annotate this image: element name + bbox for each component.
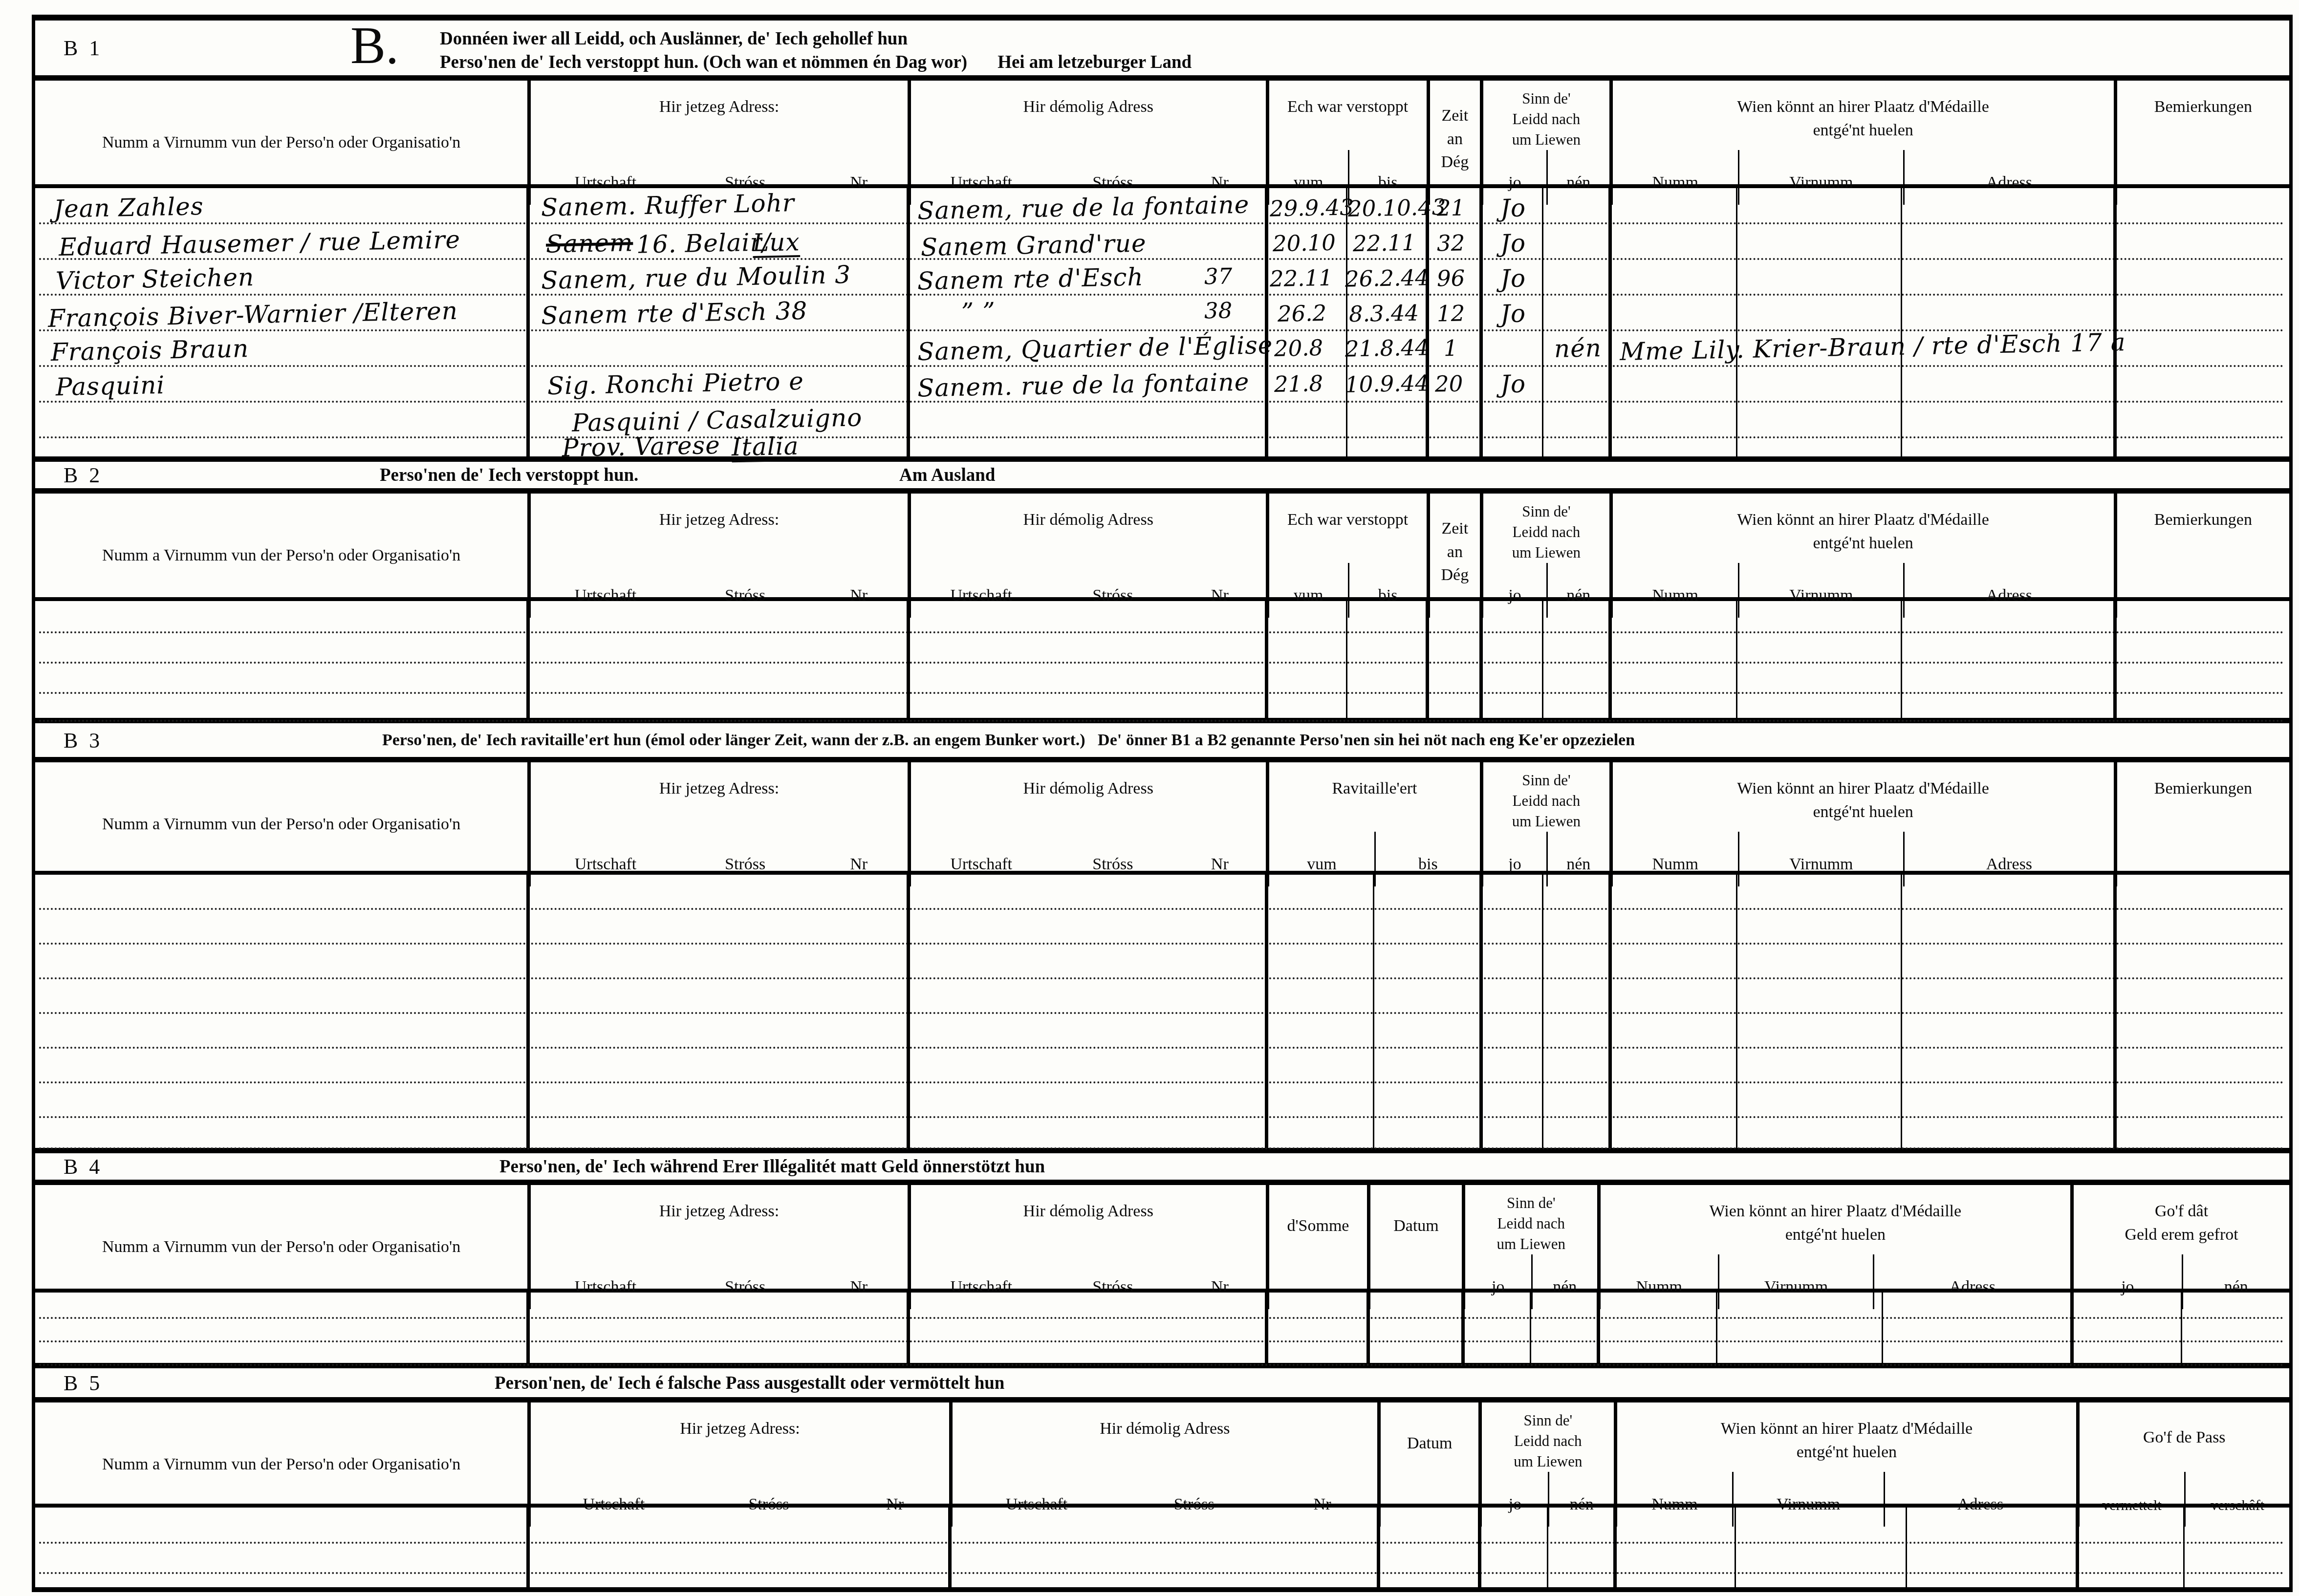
dotted-writing-line <box>39 908 2285 910</box>
demolig-label: Hir démolig Adress <box>911 494 1266 532</box>
dotted-writing-line <box>39 294 2285 296</box>
handwriting-entry: Jo <box>1500 372 1526 397</box>
column-divider <box>1265 1293 1268 1363</box>
b1-col-demolig: Hir démolig Adress UrtschaftStróssNr <box>908 81 1266 205</box>
column-divider <box>948 1508 952 1587</box>
wien-label: Wien könnt an hirer Plaatz d'Médaille en… <box>1613 494 2114 555</box>
sinn-label: Sinn de' Leidd nach um Liewen <box>1465 1185 1597 1254</box>
handwriting-entry: 20 <box>1435 372 1463 395</box>
b3-label: B 3 <box>64 728 103 753</box>
b2-col-verstoppt: Ech war verstoppt vumbis <box>1266 494 1427 618</box>
dotted-writing-line <box>39 1012 2285 1014</box>
b3-band: B 3 Perso'nen, de' Iech ravitaille'ert h… <box>35 723 2289 762</box>
handwriting-entry: 38 <box>1204 299 1233 322</box>
form-frame: B 1 B. Donnéen iwer all Leidd, och Auslä… <box>32 15 2293 1592</box>
dotted-writing-line <box>39 692 2285 694</box>
sinn-label: Sinn de' Leidd nach um Liewen <box>1483 81 1609 150</box>
handwriting-entry: Sanem, rue de la fontaine <box>917 192 1250 223</box>
handwriting-entry: Jo <box>1500 302 1526 326</box>
column-divider <box>907 875 910 1148</box>
column-divider <box>1736 188 1737 456</box>
b4-body <box>35 1293 2289 1368</box>
b4-col-demolig: Hir démolig Adress UrtschaftStróssNr <box>908 1185 1266 1309</box>
column-divider <box>1608 188 1612 456</box>
column-divider <box>1906 1508 1907 1587</box>
handwriting-entry: nén <box>1554 336 1602 361</box>
verstoppt-label: Ech war verstoppt <box>1269 494 1427 532</box>
dotted-writing-line <box>39 662 2285 664</box>
b3-col-demolig: Hir démolig Adress UrtschaftStróssNr <box>908 762 1266 886</box>
handwriting-entry: 26.2.44 <box>1345 266 1430 290</box>
column-divider <box>2113 875 2117 1148</box>
b4-col-wien: Wien könnt an hirer Plaatz d'Médaille en… <box>1597 1185 2071 1309</box>
column-divider <box>907 601 910 718</box>
b2-col-wien: Wien könnt an hirer Plaatz d'Médaille en… <box>1609 494 2114 618</box>
column-divider <box>1901 188 1902 456</box>
b1-col-jetzeg: Hir jetzeg Adress: UrtschaftStróssNr <box>527 81 908 205</box>
b2-col-name: Numm a Virnumm vun der Perso'n oder Orga… <box>35 494 527 618</box>
handwriting-entry: François Biver-Warnier /Elteren <box>48 299 458 331</box>
handwriting-entry: 22.11 <box>1270 267 1333 290</box>
handwriting-entry: 16. Belair/ <box>636 230 771 257</box>
column-divider <box>1265 188 1268 456</box>
b2-label: B 2 <box>64 463 103 488</box>
handwriting-entry: Jean Zahles <box>54 194 204 221</box>
column-divider <box>526 1508 530 1587</box>
column-divider <box>1530 1293 1531 1363</box>
handwriting-entry: François Braun <box>51 336 249 365</box>
name-header-label: Numm a Virnumm vun der Perso'n oder Orga… <box>102 546 460 565</box>
column-divider <box>1736 875 1737 1148</box>
demolig-label: Hir démolig Adress <box>911 81 1266 119</box>
column-divider <box>1735 1508 1736 1587</box>
b4-band: B 4 Perso'nen, de' Iech während Erer Ill… <box>35 1153 2289 1185</box>
b1-col-bemierkungen: Bemierkungen <box>2114 81 2289 205</box>
handwriting-entry: ” ” <box>961 299 996 324</box>
dotted-writing-line <box>39 977 2285 979</box>
jetzeg-label: Hir jetzeg Adress: <box>531 494 908 532</box>
dotted-writing-line <box>39 1147 2285 1149</box>
column-divider <box>1377 1508 1380 1587</box>
b2-col-zeit: Zeit an Dég <box>1427 494 1480 618</box>
dotted-writing-line <box>39 222 2285 224</box>
dotted-writing-line <box>39 720 2285 722</box>
demolig-label: Hir démolig Adress <box>911 1185 1266 1223</box>
dotted-writing-line <box>39 401 2285 403</box>
b4-col-sinn: Sinn de' Leidd nach um Liewen jonén <box>1462 1185 1597 1309</box>
column-divider <box>1547 1508 1548 1587</box>
demolig-label: Hir démolig Adress <box>911 762 1266 800</box>
name-header-label: Numm a Virnumm vun der Perso'n oder Orga… <box>102 133 460 152</box>
dotted-writing-line <box>39 365 2285 367</box>
handwriting-entry: Sanem rte d'Esch 38 <box>541 299 808 328</box>
b3-note: De' önner B1 a B2 genannte Perso'nen sin… <box>1098 731 1635 749</box>
column-divider <box>526 601 530 718</box>
wien-label: Wien könnt an hirer Plaatz d'Médaille en… <box>1613 762 2114 823</box>
b4-col-somme: d'Somme <box>1266 1185 1367 1309</box>
handwriting-entry: 21.8.44 <box>1345 336 1430 360</box>
column-divider <box>1373 875 1374 1148</box>
column-divider <box>2076 1508 2079 1587</box>
b3-header: Numm a Virnumm vun der Perso'n oder Orga… <box>35 762 2289 875</box>
b3-col-name: Numm a Virnumm vun der Perso'n oder Orga… <box>35 762 527 886</box>
handwriting-entry: Jo <box>1500 231 1526 256</box>
name-header-label: Numm a Virnumm vun der Perso'n oder Orga… <box>102 1238 460 1256</box>
bemierkungen-label: Bemierkungen <box>2117 81 2289 119</box>
dotted-writing-line <box>39 436 2285 438</box>
b1-band: B 1 B. Donnéen iwer all Leidd, och Auslä… <box>35 21 2289 81</box>
column-divider <box>1366 1293 1370 1363</box>
dotted-writing-line <box>39 1116 2285 1118</box>
gof-pass-label: Go'f de Pass <box>2080 1402 2289 1449</box>
column-divider <box>1542 188 1543 456</box>
column-divider <box>1608 875 1612 1148</box>
b1-title-line2: Perso'nen de' Iech verstoppt hun. (Och w… <box>440 52 967 72</box>
jetzeg-label: Hir jetzeg Adress: <box>531 1402 949 1441</box>
column-divider <box>2070 1293 2074 1363</box>
column-divider <box>1426 601 1429 718</box>
d-somme-label: d'Somme <box>1269 1185 1367 1238</box>
handwriting-entry: 37 <box>1204 265 1233 287</box>
dotted-writing-line <box>39 1081 2285 1083</box>
b4-header: Numm a Virnumm vun der Perso'n oder Orga… <box>35 1185 2289 1293</box>
b3-col-jetzeg: Hir jetzeg Adress: UrtschaftStróssNr <box>527 762 908 886</box>
b1-col-wien: Wien könnt an hirer Plaatz d'Médaille en… <box>1609 81 2114 205</box>
column-divider <box>1608 601 1612 718</box>
handwriting-entry: 32 <box>1437 232 1465 254</box>
column-divider <box>2181 1293 2182 1363</box>
b2-header: Numm a Virnumm vun der Perso'n oder Orga… <box>35 494 2289 601</box>
dotted-writing-line <box>39 1364 2285 1366</box>
b1-header: Numm a Virnumm vun der Perso'n oder Orga… <box>35 81 2289 188</box>
column-divider <box>1265 601 1268 718</box>
column-divider <box>1461 1293 1465 1363</box>
handwriting-entry: 21 <box>1437 196 1465 219</box>
column-divider <box>1479 188 1483 456</box>
column-divider <box>1901 875 1902 1148</box>
handwriting-entry: Sanem. rue de la fontaine <box>917 369 1250 400</box>
column-divider <box>1479 875 1483 1148</box>
handwriting-entry: 20.8 <box>1274 337 1323 360</box>
b5-header: Numm a Virnumm vun der Perso'n oder Orga… <box>35 1402 2289 1508</box>
sinn-label: Sinn de' Leidd nach um Liewen <box>1483 494 1609 563</box>
dotted-writing-line <box>39 1317 2285 1319</box>
handwriting-entry: Jo <box>1500 266 1526 291</box>
jetzeg-label: Hir jetzeg Adress: <box>531 81 908 119</box>
column-divider <box>1901 601 1902 718</box>
verstoppt-label: Ech war verstoppt <box>1269 81 1427 119</box>
zeit-label: Zeit an Dég <box>1430 81 1480 174</box>
handwriting-entry: Pasquini <box>56 373 165 399</box>
b2-body <box>35 601 2289 723</box>
b3-col-ravitailleert: Ravitaille'ert vumbis <box>1266 762 1480 886</box>
handwriting-entry: Italia <box>732 434 799 460</box>
scanned-form-page: B 1 B. Donnéen iwer all Leidd, och Auslä… <box>0 0 2299 1596</box>
column-divider <box>1265 875 1268 1148</box>
b2-col-sinn: Sinn de' Leidd nach um Liewen jonén <box>1480 494 1609 618</box>
b2-title: Perso'nen de' Iech verstoppt hun. <box>380 465 638 486</box>
handwriting-entry: Eduard Hausemer / rue Lemire <box>59 227 461 259</box>
handwriting-entry: 21.8 <box>1274 372 1323 395</box>
b4-col-name: Numm a Virnumm vun der Perso'n oder Orga… <box>35 1185 527 1309</box>
handwriting-entry: 8.3.44 <box>1349 302 1419 325</box>
dotted-writing-line <box>39 1572 2285 1574</box>
handwriting-entry: 26.2 <box>1278 302 1327 325</box>
column-divider <box>1882 1293 1883 1363</box>
column-divider <box>1716 1293 1717 1363</box>
b5-body <box>35 1508 2289 1587</box>
b3-col-sinn: Sinn de' Leidd nach um Liewen jonén <box>1480 762 1609 886</box>
b1-title-note: Hei am letzeburger Land <box>998 52 1192 72</box>
b5-title: Person'nen, de' Iech é falsche Pass ausg… <box>495 1372 1004 1393</box>
datum-label: Datum <box>1381 1402 1479 1455</box>
name-header-label: Numm a Virnumm vun der Perso'n oder Orga… <box>102 1455 460 1474</box>
handwriting-entry: Jo <box>1500 196 1526 221</box>
b4-col-gof-geld: Go'f dât Geld erem gefrot jonén <box>2070 1185 2289 1309</box>
datum-label: Datum <box>1370 1185 1462 1238</box>
sinn-label: Sinn de' Leidd nach um Liewen <box>1482 1402 1614 1472</box>
handwriting-entry: Lux <box>753 230 801 255</box>
dotted-writing-line <box>39 943 2285 945</box>
handwriting-entry: Sanem <box>546 230 633 256</box>
column-divider <box>2113 601 2117 718</box>
b3-col-bemierkungen: Bemierkungen <box>2114 762 2289 886</box>
handwriting-entry: 29.9.43 <box>1270 196 1354 219</box>
handwriting-entry: Prov. Varese <box>562 433 721 460</box>
b3-col-wien: Wien könnt an hirer Plaatz d'Médaille en… <box>1609 762 2114 886</box>
handwriting-entry: Sanem, rue du Moulin 3 <box>541 262 851 293</box>
jetzeg-label: Hir jetzeg Adress: <box>531 1185 908 1223</box>
b1-label: B 1 <box>64 36 103 61</box>
handwriting-entry: Victor Steichen <box>56 265 255 293</box>
handwriting-entry: Sanem Grand'rue <box>921 231 1147 260</box>
b1-col-verstoppt: Ech war verstoppt vumbis <box>1266 81 1427 205</box>
handwriting-entry: 96 <box>1437 267 1465 289</box>
column-divider <box>526 1293 530 1363</box>
dotted-writing-line <box>39 1542 2285 1544</box>
handwriting-entry: Sanem. Ruffer Lohr <box>541 191 795 220</box>
handwriting-entry: 10.9.44 <box>1345 372 1430 395</box>
column-divider <box>1478 1508 1481 1587</box>
zeit-label: Zeit an Dég <box>1430 494 1480 587</box>
column-divider <box>1479 601 1483 718</box>
name-header-label: Numm a Virnumm vun der Perso'n oder Orga… <box>102 815 460 834</box>
dotted-writing-line <box>39 1047 2285 1049</box>
dotted-writing-line <box>39 258 2285 260</box>
b4-col-datum: Datum <box>1367 1185 1462 1309</box>
column-divider <box>1346 188 1347 456</box>
handwriting-entry: 12 <box>1437 302 1465 324</box>
b1-col-sinn: Sinn de' Leidd nach um Liewen jonén <box>1480 81 1609 205</box>
b4-col-jetzeg: Hir jetzeg Adress: UrtschaftStróssNr <box>527 1185 908 1309</box>
section-b-letter: B. <box>350 16 399 76</box>
b2-col-bemierkungen: Bemierkungen <box>2114 494 2289 618</box>
demolig-label: Hir démolig Adress <box>953 1402 1377 1441</box>
dotted-writing-line <box>39 631 2285 633</box>
b2-note: Am Ausland <box>899 465 995 486</box>
bemierkungen-label: Bemierkungen <box>2117 494 2289 532</box>
handwriting-entry: Mme Lily. Krier-Braun / rte d'Esch 17 a <box>1620 330 2126 364</box>
b1-title-line1: Donnéen iwer all Leidd, och Auslänner, d… <box>440 27 1192 51</box>
ravitailleert-label: Ravitaille'ert <box>1269 762 1480 800</box>
column-divider <box>1597 1293 1600 1363</box>
column-divider <box>2183 1508 2185 1587</box>
column-divider <box>907 188 910 456</box>
b5-label: B 5 <box>64 1370 103 1395</box>
b2-band: B 2 Perso'nen de' Iech verstoppt hun. Am… <box>35 462 2289 494</box>
bemierkungen-label: Bemierkungen <box>2117 762 2289 800</box>
b1-col-name: Numm a Virnumm vun der Perso'n oder Orga… <box>35 81 527 205</box>
column-divider <box>907 1293 910 1363</box>
sinn-label: Sinn de' Leidd nach um Liewen <box>1483 762 1609 832</box>
b4-label: B 4 <box>64 1154 103 1179</box>
b3-body <box>35 875 2289 1153</box>
b3-title: Perso'nen, de' Iech ravitaille'ert hun (… <box>382 731 1085 749</box>
wien-label: Wien könnt an hirer Plaatz d'Médaille en… <box>1601 1185 2071 1246</box>
column-divider <box>1542 875 1543 1148</box>
b2-col-demolig: Hir démolig Adress UrtschaftStróssNr <box>908 494 1266 618</box>
jetzeg-label: Hir jetzeg Adress: <box>531 762 908 800</box>
handwriting-entry: 20.10.43 <box>1348 196 1446 220</box>
b4-title: Perso'nen, de' Iech während Erer Illégal… <box>499 1156 1045 1177</box>
b1-titles: Donnéen iwer all Leidd, och Auslänner, d… <box>440 27 1192 74</box>
handwriting-entry: 22.11 <box>1353 232 1416 255</box>
wien-label: Wien könnt an hirer Plaatz d'Médaille en… <box>1613 81 2114 142</box>
column-divider <box>1426 188 1429 456</box>
handwriting-entry: 1 <box>1444 337 1458 360</box>
dotted-writing-line <box>39 1340 2285 1342</box>
b1-col-zeit: Zeit an Dég <box>1427 81 1480 205</box>
b2-col-jetzeg: Hir jetzeg Adress: UrtschaftStróssNr <box>527 494 908 618</box>
gof-geld-label: Go'f dât Geld erem gefrot <box>2074 1185 2289 1246</box>
column-divider <box>2113 188 2117 456</box>
column-divider <box>1542 601 1543 718</box>
handwriting-entry: Sig. Ronchi Pietro e <box>547 369 804 398</box>
wien-label: Wien könnt an hirer Plaatz d'Médaille en… <box>1617 1402 2076 1464</box>
column-divider <box>526 188 530 456</box>
handwriting-entry: Sanem rte d'Esch <box>917 265 1144 294</box>
column-divider <box>1346 601 1347 718</box>
column-divider <box>1613 1508 1617 1587</box>
b5-band: B 5 Person'nen, de' Iech é falsche Pass … <box>35 1368 2289 1402</box>
handwriting-entry: 20.10 <box>1273 232 1336 255</box>
b1-body: Jean ZahlesSanem. Ruffer LohrSanem, rue … <box>35 188 2289 462</box>
column-divider <box>526 875 530 1148</box>
column-divider <box>1736 601 1737 718</box>
handwriting-entry: Sanem, Quartier de l'Église <box>917 333 1273 364</box>
